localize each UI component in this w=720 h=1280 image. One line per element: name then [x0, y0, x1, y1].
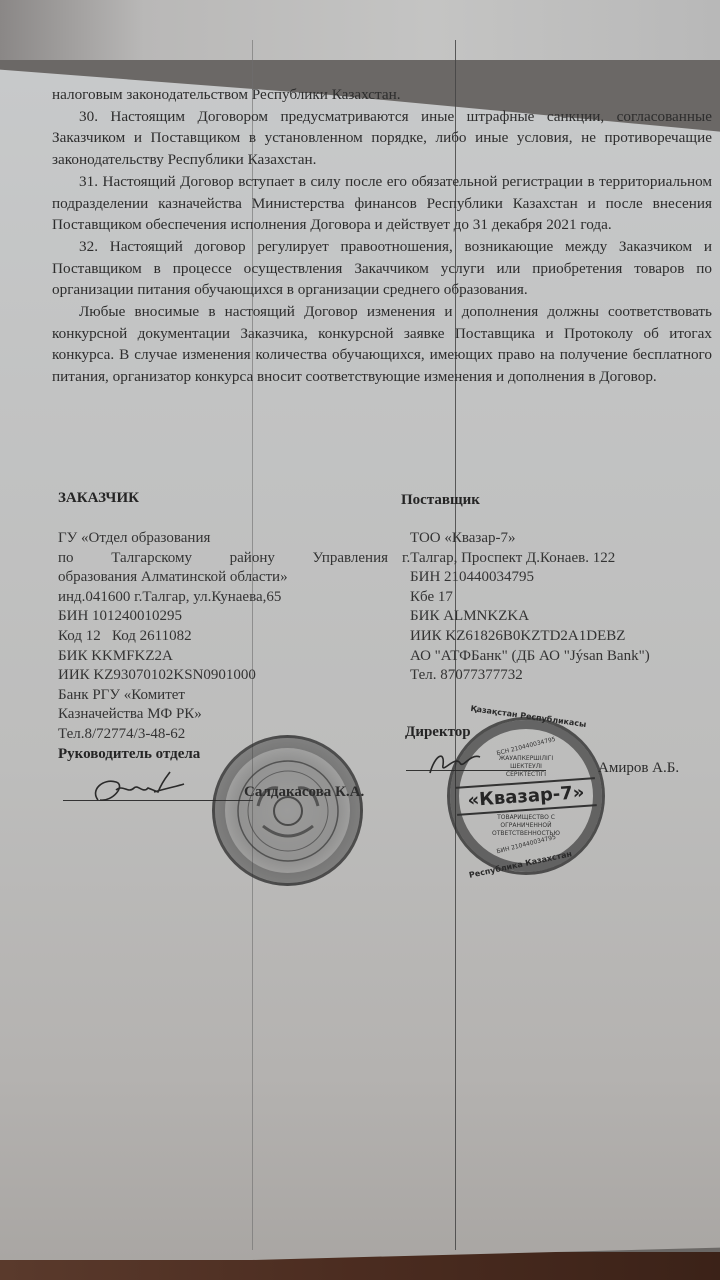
customer-org-line: образования Алматинской области» [58, 568, 388, 588]
customer-codes: Код 12 Код 2611082 [58, 627, 388, 647]
supplier-signatory-title: Директор [405, 724, 471, 741]
customer-signature [88, 770, 188, 810]
customer-iik: ИИК KZ93070102KSN0901000 [58, 666, 388, 686]
supplier-phone: Тел. 87077377732 [402, 666, 650, 686]
supplier-heading: Поставщик [401, 492, 480, 509]
supplier-details: ТОО «Квазар-7» г.Талгар, Проспект Д.Кона… [402, 529, 650, 686]
supplier-stamp: БСН 210440034795 ЖАУАПКЕРШІЛІГІ ШЕКТЕУЛІ… [447, 717, 605, 875]
customer-stamp [212, 735, 363, 886]
paragraph-changes: Любые вносимые в настоящий Договор измен… [52, 301, 712, 388]
customer-bin: БИН 101240010295 [58, 607, 388, 627]
paragraph-29-tail: налоговым законодательством Республики К… [52, 84, 712, 106]
paragraph-31: 31. Настоящий Договор вступает в силу по… [52, 171, 712, 236]
paragraph-32: 32. Настоящий договор регулирует правоот… [52, 236, 712, 301]
customer-address: инд.041600 г.Талгар, ул.Кунаева,65 [58, 588, 388, 608]
supplier-iik: ИИК KZ61826B0KZTD2A1DEBZ [402, 627, 650, 647]
supplier-bank: АО "АТФБанк" (ДБ АО "Jýsan Bank") [402, 647, 650, 667]
customer-org-line: ГУ «Отдел образования [58, 529, 388, 549]
customer-org-line-justified: по Талгарскому району Управления [58, 549, 388, 569]
supplier-bik: БИК ALMNKZKA [402, 607, 650, 627]
customer-heading: ЗАКАЗЧИК [58, 490, 139, 507]
customer-bank: Банк РГУ «Комитет [58, 686, 388, 706]
supplier-address: г.Талгар, Проспект Д.Конаев. 122 [402, 549, 650, 569]
supplier-stamp-name: «Квазар-7» [455, 777, 597, 816]
state-emblem-icon [233, 756, 343, 866]
supplier-stamp-inner-top: ЖАУАПКЕРШІЛІГІ ШЕКТЕУЛІ СЕРІКТЕСТІГІ [491, 755, 561, 779]
customer-details: ГУ «Отдел образования по Талгарскому рай… [58, 529, 388, 764]
paragraph-30: 30. Настоящим Договором предусматриваютс… [52, 106, 712, 171]
customer-signatory-name: Салдакасова К.А. [244, 784, 364, 801]
supplier-kbe: Кбе 17 [402, 588, 650, 608]
customer-phone: Тел.8/72774/3-48-62 [58, 725, 388, 745]
supplier-bin: БИН 210440034795 [402, 568, 650, 588]
customer-bank-cont: Казначейства МФ РК» [58, 705, 388, 725]
photo-background [0, 0, 720, 60]
customer-bik: БИК KKMFKZ2A [58, 647, 388, 667]
contract-body: налоговым законодательством Республики К… [52, 84, 712, 388]
supplier-signatory-name: Амиров А.Б. [598, 760, 679, 777]
supplier-company: ТОО «Квазар-7» [402, 529, 650, 549]
